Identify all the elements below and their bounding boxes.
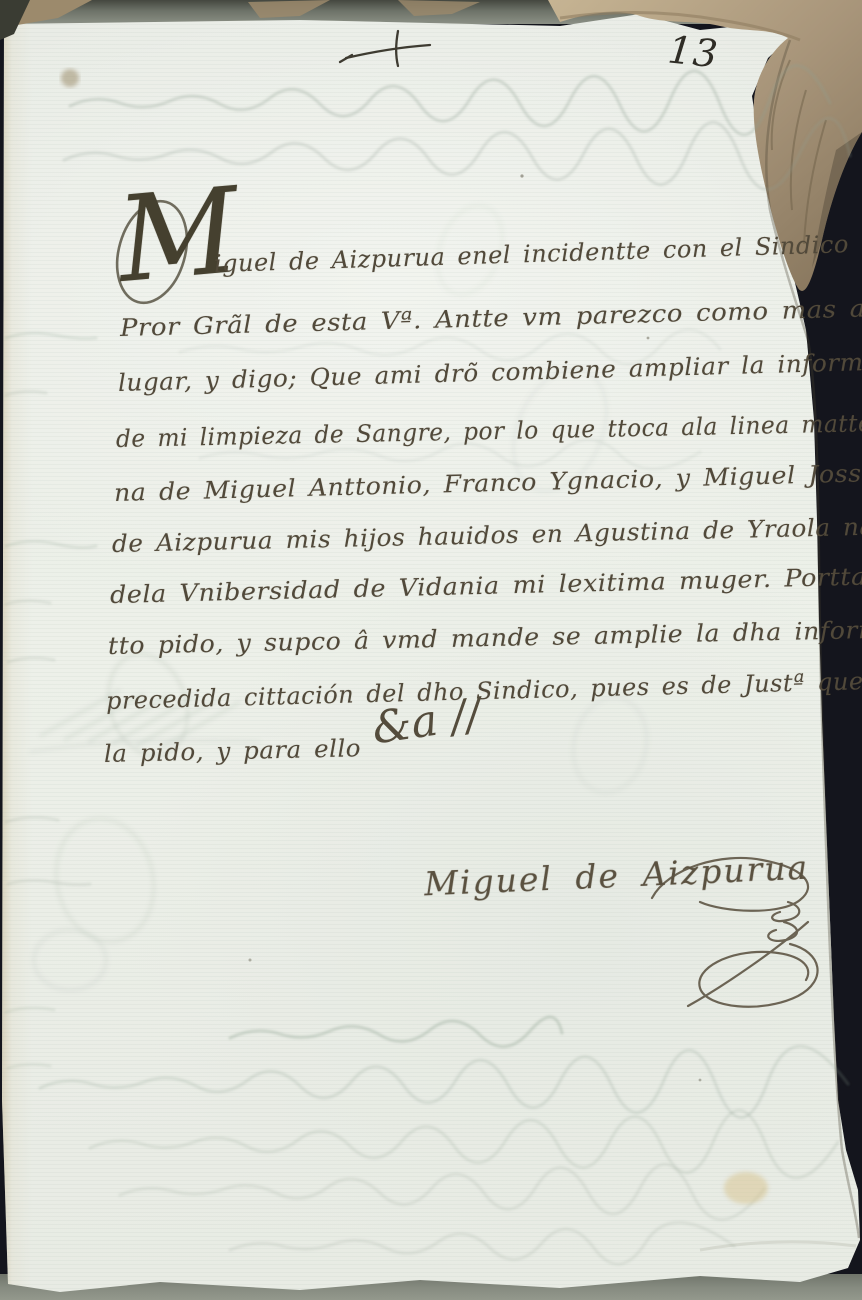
manuscript-scan: 13 M iguel de Aizpurua enel incidentte c…	[0, 0, 862, 1300]
manuscript-initial: M	[113, 171, 244, 299]
manuscript-line: la pido, y para ello	[104, 734, 362, 768]
scanner-deck-top	[0, 0, 862, 24]
folio-number: 13	[666, 27, 721, 76]
